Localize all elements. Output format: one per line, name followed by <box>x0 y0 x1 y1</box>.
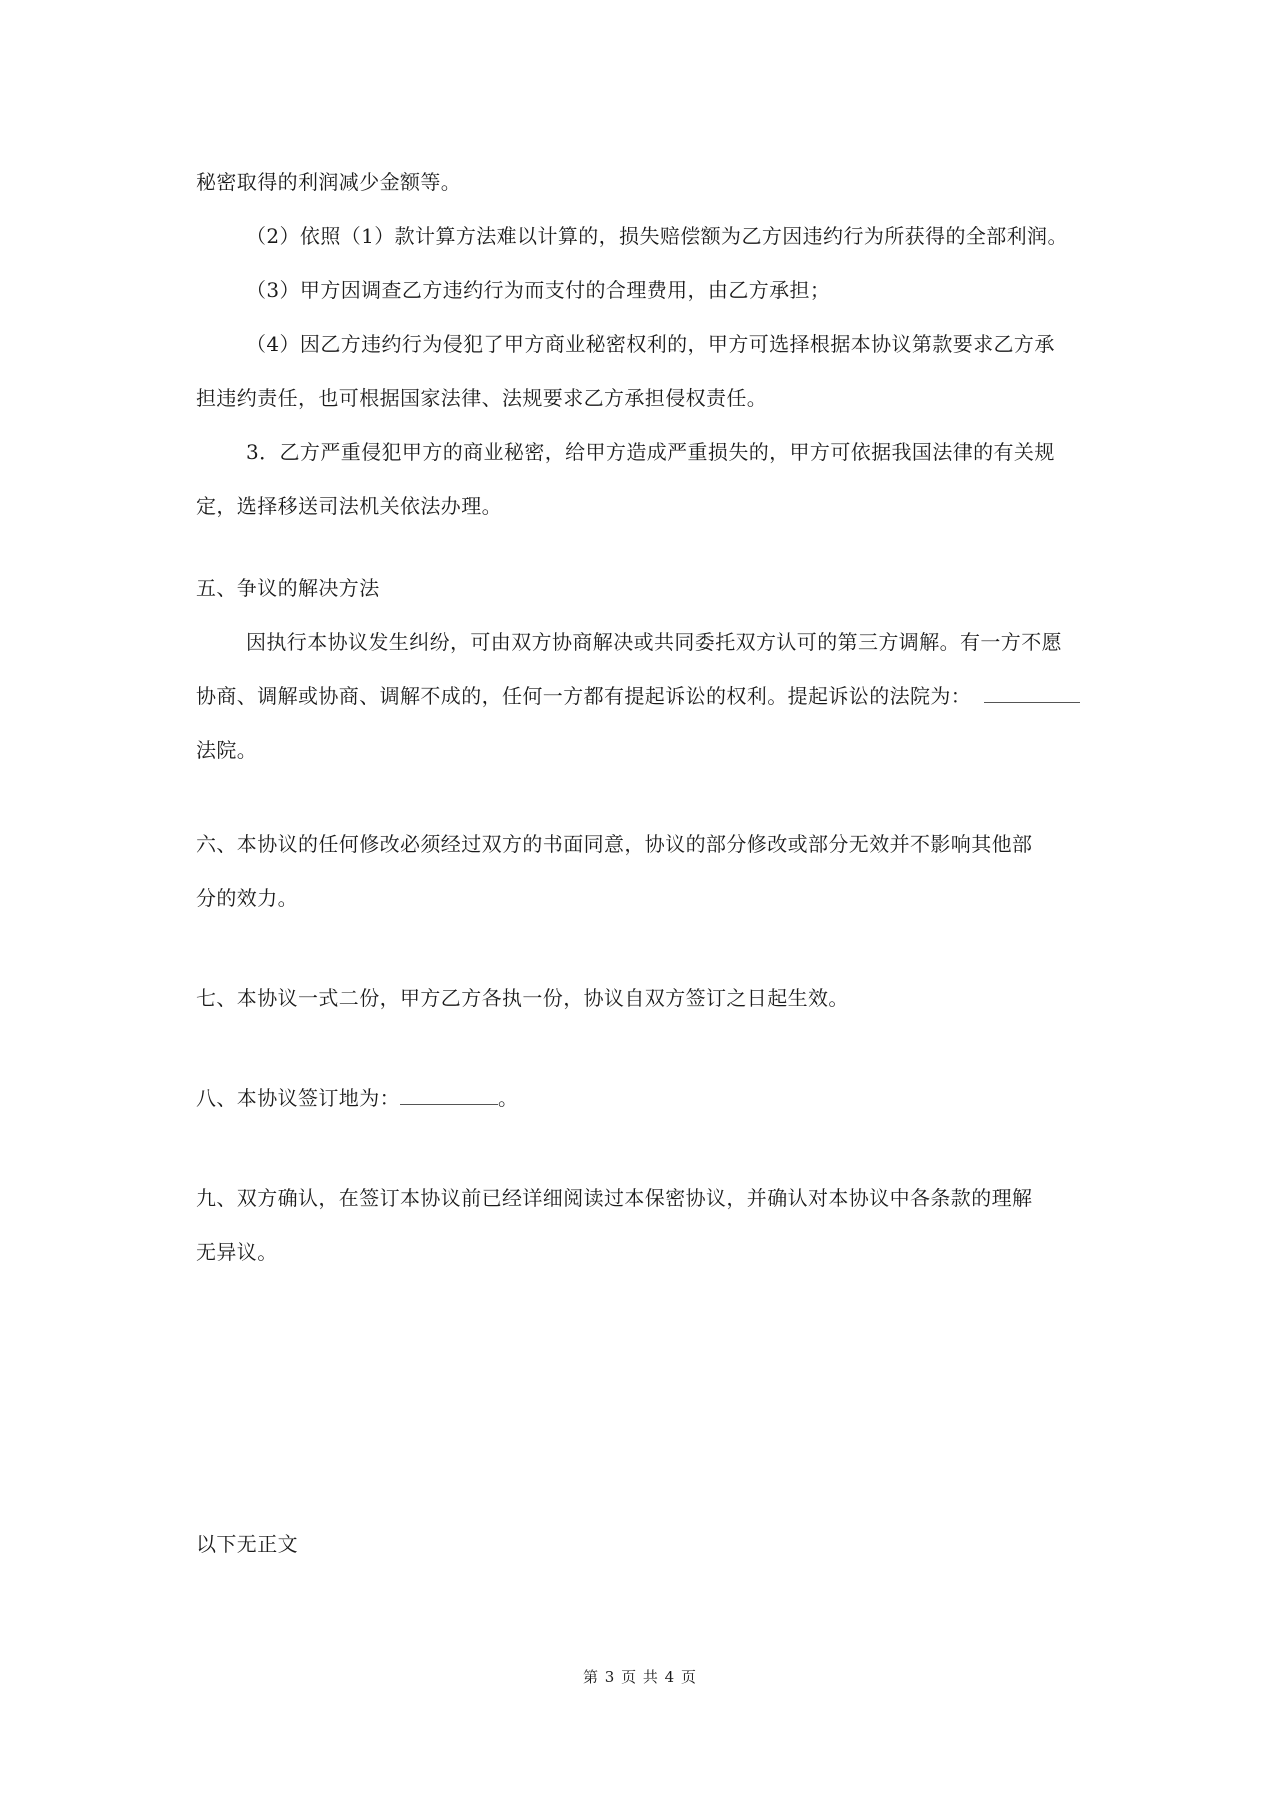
document-page: 秘密取得的利润减少金额等。 （2）依照（1）款计算方法难以计算的，损失赔偿额为乙… <box>0 0 1280 1810</box>
section-9-line2: 无异议。 <box>196 1240 278 1264</box>
section-6-line2: 分的效力。 <box>196 886 298 910</box>
clause-3-line1: 3．乙方严重侵犯甲方的商业秘密，给甲方造成严重损失的，甲方可依据我国法律的有关规 <box>246 440 1055 464</box>
section-7: 七、本协议一式二份，甲方乙方各执一份，协议自双方签订之日起生效。 <box>196 986 849 1010</box>
section-5-line2: 协商、调解或协商、调解不成的，任何一方都有提起诉讼的权利。提起诉讼的法院为： <box>196 684 1080 708</box>
clause-2-2: （2）依照（1）款计算方法难以计算的，损失赔偿额为乙方因违约行为所获得的全部利润… <box>246 224 1068 248</box>
section-8-suffix: 。 <box>498 1086 518 1110</box>
clause-2-4-line2: 担违约责任，也可根据国家法律、法规要求乙方承担侵权责任。 <box>196 386 767 410</box>
page-number-footer: 第 3 页 共 4 页 <box>0 1667 1280 1687</box>
section-8-prefix: 八、本协议签订地为： <box>196 1086 400 1110</box>
paragraph-line: 秘密取得的利润减少金额等。 <box>196 170 461 194</box>
section-5-line2-text: 协商、调解或协商、调解不成的，任何一方都有提起诉讼的权利。提起诉讼的法院为： <box>196 684 971 708</box>
clause-2-3: （3）甲方因调查乙方违约行为而支付的合理费用，由乙方承担； <box>246 278 830 302</box>
section-8: 八、本协议签订地为：。 <box>196 1086 518 1110</box>
section-9-line1: 九、双方确认，在签订本协议前已经详细阅读过本保密协议，并确认对本协议中各条款的理… <box>196 1186 1032 1210</box>
clause-2-4-line1: （4）因乙方违约行为侵犯了甲方商业秘密权利的，甲方可选择根据本协议第款要求乙方承 <box>246 332 1055 356</box>
section-5-line1: 因执行本协议发生纠纷，可由双方协商解决或共同委托双方认可的第三方调解。有一方不愿 <box>246 630 1062 654</box>
section-5-heading: 五、争议的解决方法 <box>196 576 380 600</box>
clause-3-line2: 定，选择移送司法机关依法办理。 <box>196 494 502 518</box>
section-6-line1: 六、本协议的任何修改必须经过双方的书面同意，协议的部分修改或部分无效并不影响其他… <box>196 832 1032 856</box>
signing-place-blank-field[interactable] <box>400 1086 498 1105</box>
court-blank-field[interactable] <box>984 684 1080 703</box>
closing-text: 以下无正文 <box>196 1532 298 1556</box>
section-5-line3: 法院。 <box>196 738 257 762</box>
